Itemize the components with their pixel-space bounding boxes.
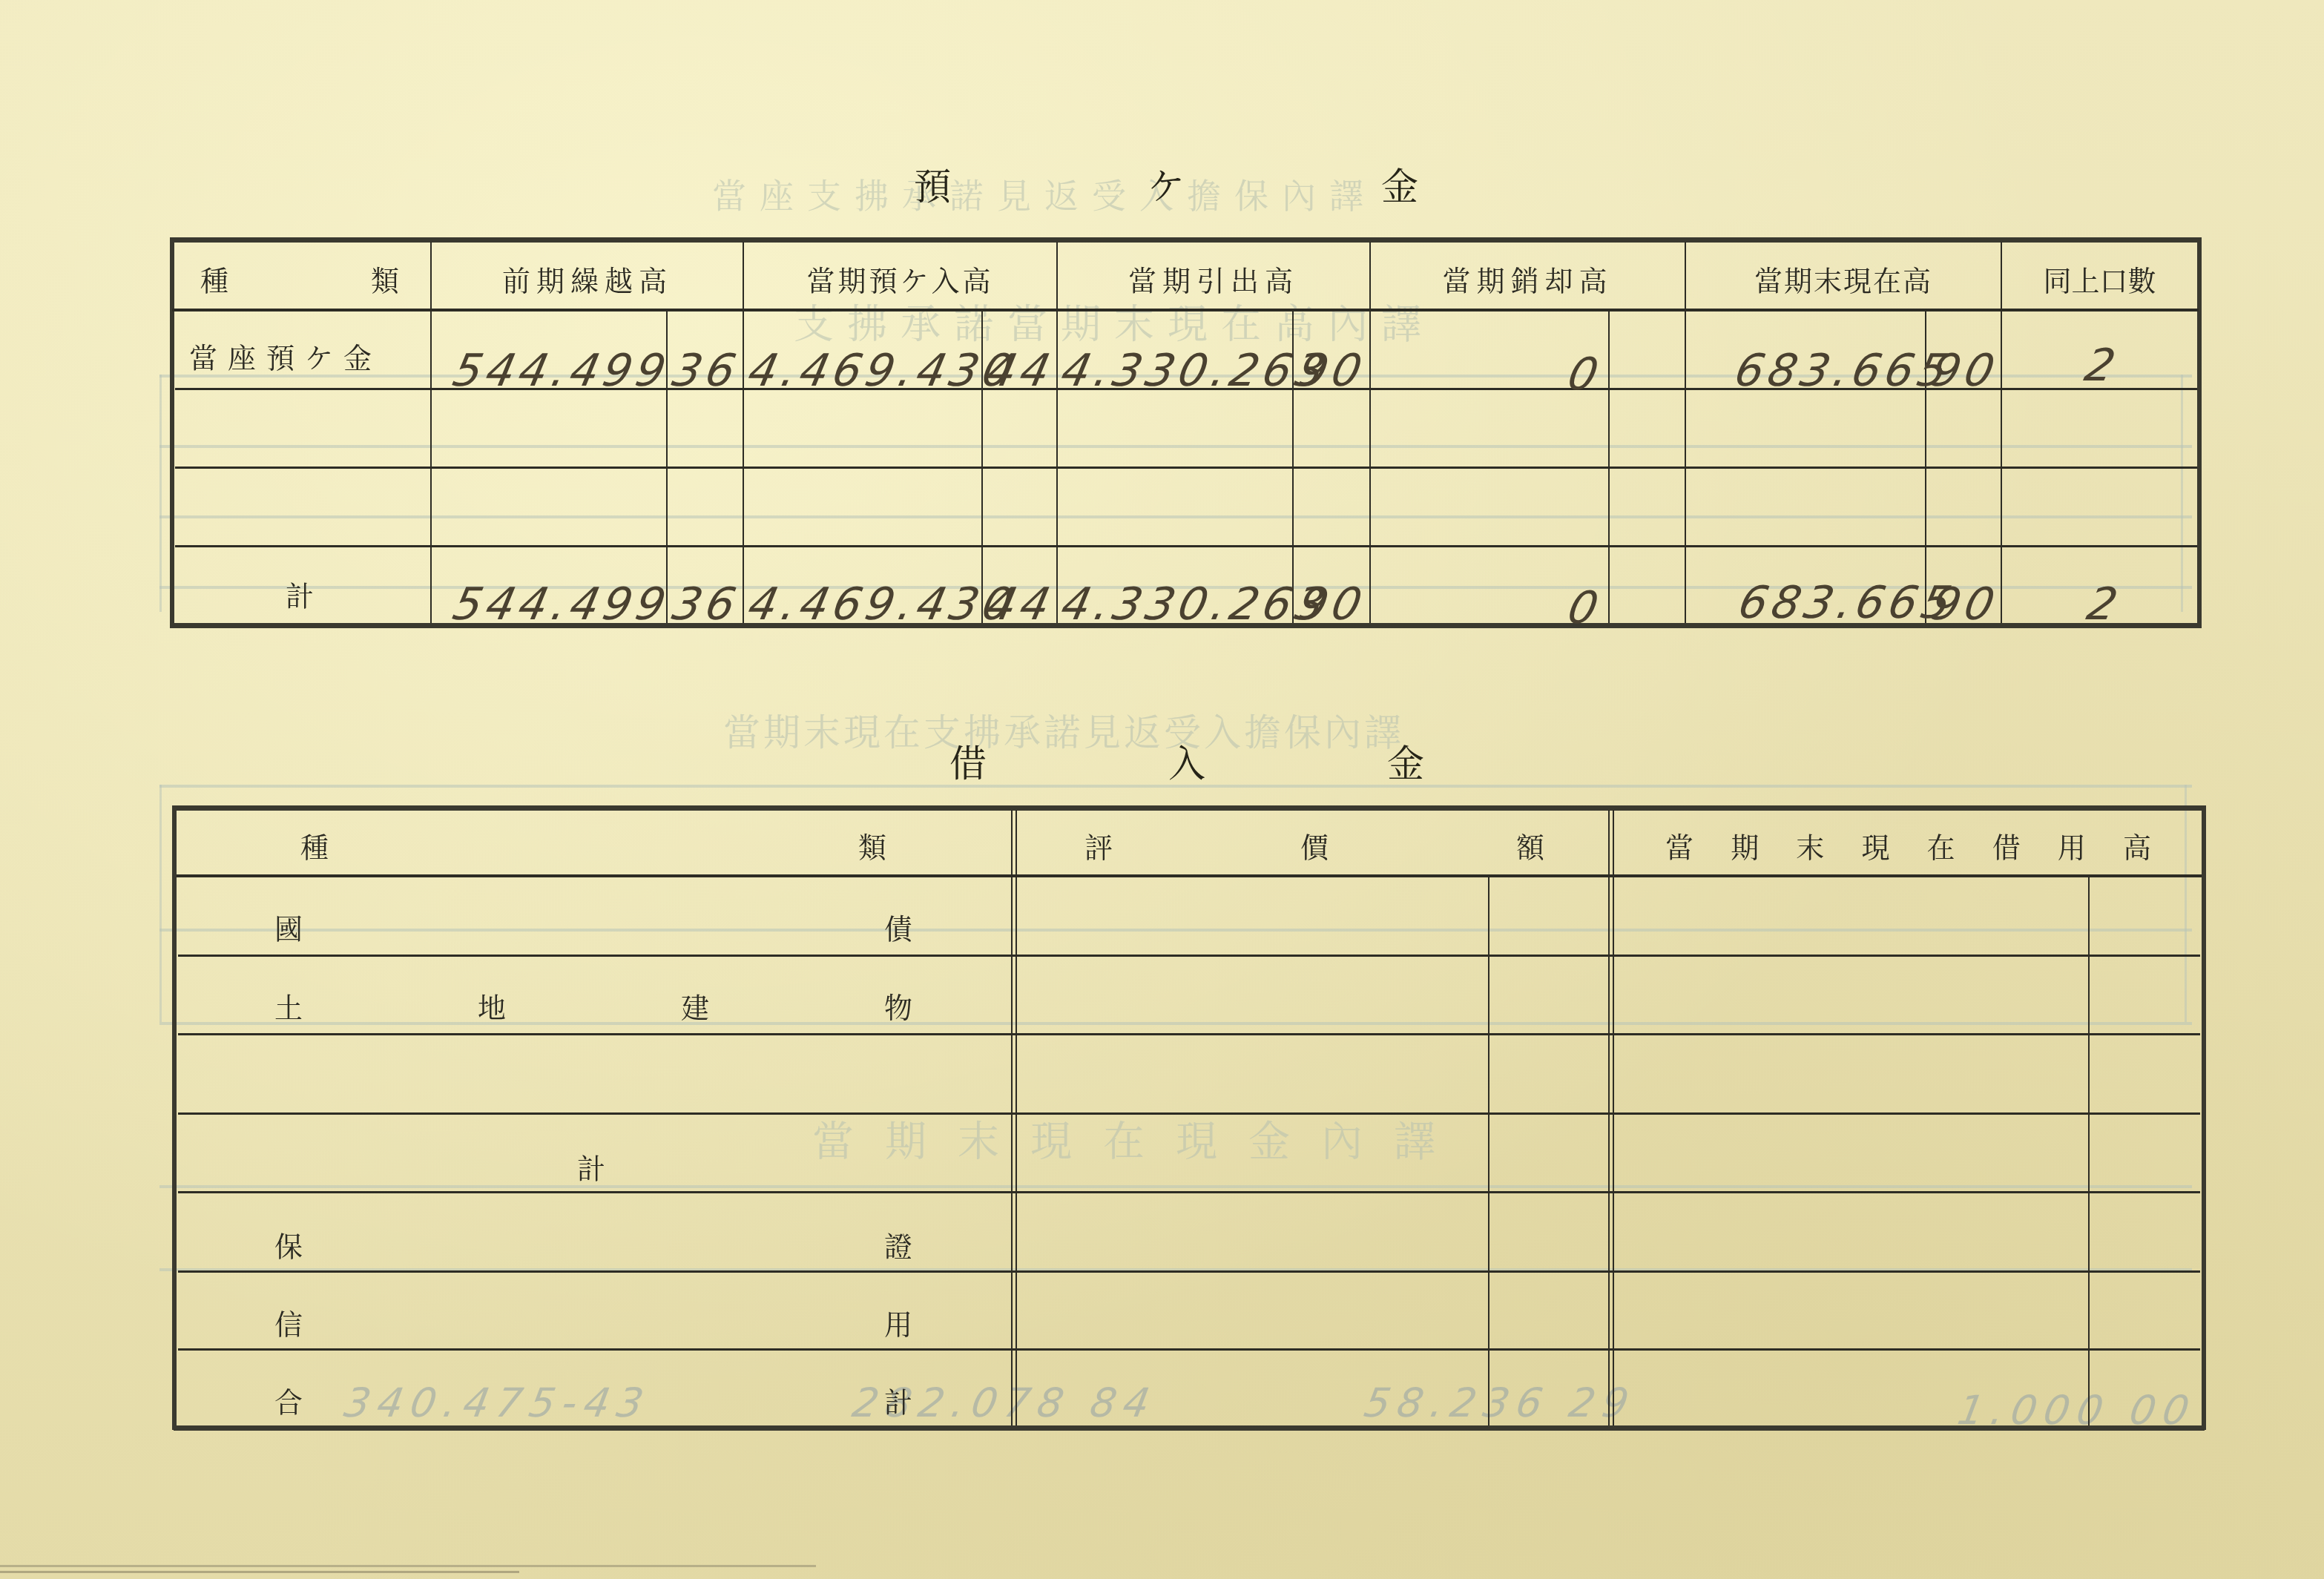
header-char: 種 bbox=[300, 825, 329, 866]
title-char: ケ bbox=[1148, 157, 1185, 211]
cell-prev-balance-sen: 36 bbox=[668, 345, 745, 397]
row-rule bbox=[178, 1270, 2200, 1273]
cell-deposits-in: 4.469.430 bbox=[744, 578, 1021, 630]
borrowings-title: 借 入 金 bbox=[949, 734, 1424, 788]
header-char: 借 bbox=[1992, 825, 2021, 866]
cell-end-balance: 683.665 bbox=[1731, 345, 1957, 397]
row-label-credit: 信用 bbox=[274, 1302, 912, 1342]
col-rule bbox=[1685, 242, 1686, 623]
bleed-through-line-3: 當期末現在現金內譯 bbox=[812, 1109, 1467, 1168]
table-border-left bbox=[170, 237, 174, 628]
page-edge bbox=[0, 1571, 519, 1573]
col-rule bbox=[430, 242, 432, 623]
cell-prev-balance: 544.499 bbox=[449, 345, 675, 397]
sen-col-rule bbox=[1608, 311, 1610, 623]
ghost-rule bbox=[159, 515, 2192, 518]
row-rule bbox=[178, 1348, 2200, 1351]
header-char: 評 bbox=[1084, 825, 1113, 866]
row-label-grand-total: 合計 bbox=[274, 1379, 912, 1420]
ghost-rule bbox=[2185, 785, 2187, 1022]
col-rule-double bbox=[1015, 810, 1017, 1425]
header-end-balance: 當期末現在高 bbox=[1686, 258, 2001, 299]
title-char: 預 bbox=[914, 157, 951, 211]
cell-written-off: 0 bbox=[1564, 349, 1607, 400]
title-char: 金 bbox=[1381, 157, 1418, 211]
table-border-bottom bbox=[174, 1425, 2205, 1431]
bleed-through-line-1: 支拂承諾當期末現在高內譯 bbox=[794, 293, 1435, 350]
header-char: 類 bbox=[858, 825, 886, 866]
row-label-land-buildings: 土地建物 bbox=[274, 985, 912, 1026]
col-rule bbox=[1056, 242, 1058, 623]
header-char: 在 bbox=[1927, 825, 1955, 866]
cell-prev-balance-sen: 36 bbox=[668, 578, 745, 630]
cell-account-count: 2 bbox=[2081, 340, 2124, 392]
header-char: 期 bbox=[1731, 825, 1759, 866]
cell-withdrawals: 4.330.263 bbox=[1057, 345, 1334, 397]
row-rule bbox=[175, 467, 2197, 469]
sub-col-rule bbox=[2088, 877, 2090, 1425]
header-rule bbox=[172, 309, 2199, 311]
title-char: 金 bbox=[1387, 734, 1424, 788]
cell-withdrawals-sen: 90 bbox=[1294, 345, 1371, 397]
ghost-rule bbox=[2181, 375, 2183, 612]
table-border-left bbox=[172, 805, 177, 1430]
row-rule bbox=[178, 1191, 2200, 1193]
row-rule bbox=[178, 1112, 2200, 1115]
header-end-borrowed: 當 期 末 現 在 借 用 高 bbox=[1665, 825, 2151, 866]
header-char: 額 bbox=[1516, 825, 1544, 866]
header-type: 種 類 bbox=[200, 258, 399, 299]
row-label-total: 計 bbox=[286, 573, 314, 614]
header-char: 末 bbox=[1796, 825, 1824, 866]
header-char: 當 bbox=[1665, 825, 1693, 866]
header-appraisal: 評 價 額 bbox=[1084, 825, 1544, 866]
row-rule bbox=[178, 955, 2200, 957]
row-label-subtotal: 計 bbox=[577, 1146, 605, 1187]
header-char: 種 bbox=[200, 258, 228, 299]
ghost-rule bbox=[159, 785, 162, 1022]
header-char: 類 bbox=[371, 258, 399, 299]
header-deposits-in: 當期預ケ入高 bbox=[744, 258, 1056, 299]
row-rule bbox=[178, 1033, 2200, 1035]
col-rule-double bbox=[1613, 810, 1614, 1425]
header-account-count: 同上口數 bbox=[2002, 258, 2197, 299]
deposits-title: 預 ケ 金 bbox=[914, 157, 1418, 211]
page-edge bbox=[0, 1565, 816, 1567]
ghost-rule bbox=[159, 1185, 2192, 1188]
header-char: 價 bbox=[1300, 825, 1329, 866]
row-label-national-bonds: 國債 bbox=[274, 906, 912, 947]
header-withdrawals: 當期引出高 bbox=[1058, 258, 1369, 299]
cell-end-balance: 683.665 bbox=[1734, 577, 1961, 629]
ghost-rule bbox=[159, 375, 162, 612]
cell-prev-balance: 544.499 bbox=[449, 578, 675, 630]
col-rule-double bbox=[1608, 810, 1610, 1425]
cell-deposits-in: 4.469.430 bbox=[744, 345, 1021, 397]
cell-end-balance-sen: 90 bbox=[1927, 578, 2004, 630]
header-char: 現 bbox=[1861, 825, 1889, 866]
cell-end-balance-sen: 90 bbox=[1927, 345, 2004, 397]
cell-deposits-in-sen: 44 bbox=[983, 345, 1059, 397]
header-char: 高 bbox=[2123, 825, 2151, 866]
table-border-right bbox=[2202, 805, 2206, 1430]
cell-deposits-in-sen: 44 bbox=[983, 578, 1059, 630]
sub-col-rule bbox=[1488, 877, 1489, 1425]
col-rule bbox=[2001, 242, 2002, 623]
ghost-rule bbox=[159, 445, 2192, 448]
title-char: 入 bbox=[1168, 734, 1205, 788]
cell-withdrawals-sen: 90 bbox=[1294, 578, 1371, 630]
pencil-value: 58.236 29 bbox=[1360, 1379, 1639, 1426]
header-prev-balance: 前期繰越高 bbox=[432, 258, 743, 299]
row-label: 當座預ケ金 bbox=[189, 335, 382, 376]
title-char: 借 bbox=[949, 734, 987, 788]
row-rule bbox=[175, 545, 2197, 547]
header-type: 種 類 bbox=[300, 825, 886, 866]
table-border-top bbox=[174, 805, 2205, 811]
header-char: 用 bbox=[2058, 825, 2086, 866]
header-written-off: 當期銷却高 bbox=[1371, 258, 1685, 299]
header-rule bbox=[177, 874, 2202, 877]
cell-withdrawals: 4.330.263 bbox=[1057, 578, 1334, 630]
row-label-guarantee: 保證 bbox=[274, 1224, 912, 1265]
table-border-top bbox=[171, 237, 2202, 243]
col-rule bbox=[743, 242, 744, 623]
col-rule bbox=[1369, 242, 1371, 623]
col-rule-double bbox=[1011, 810, 1013, 1425]
table-border-right bbox=[2197, 237, 2202, 628]
